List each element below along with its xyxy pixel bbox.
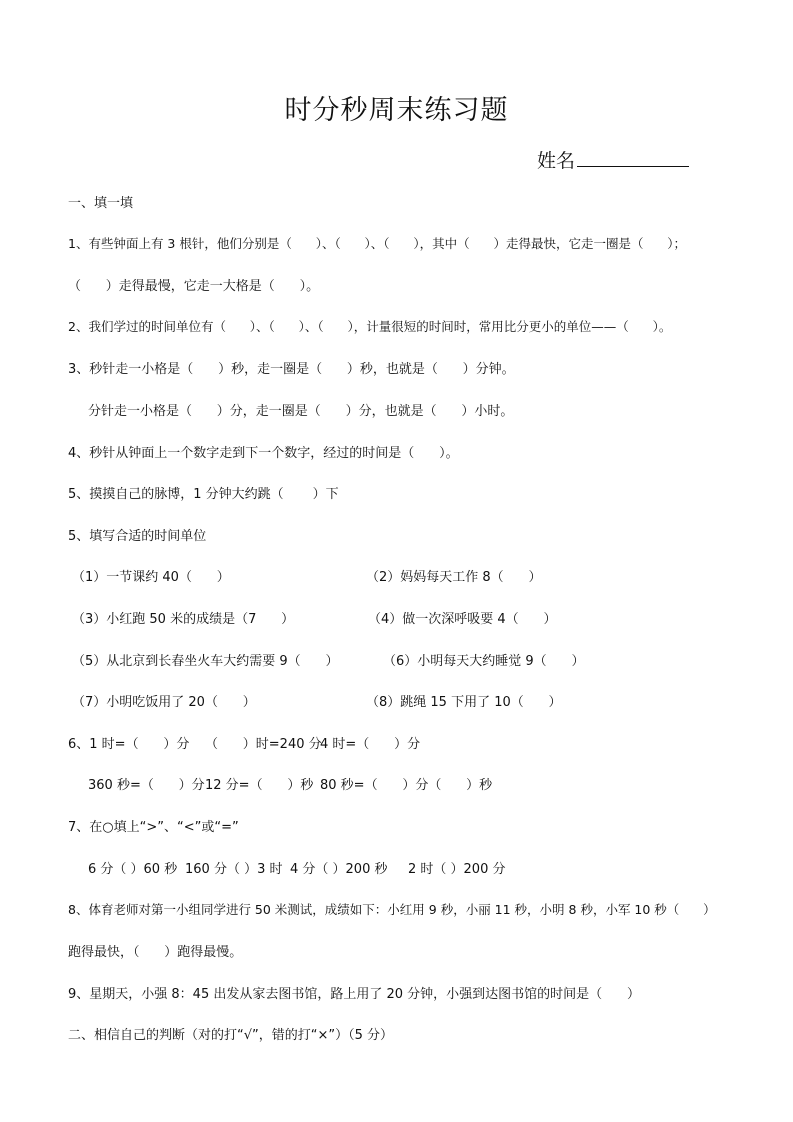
question-6-a3: 4 时=（ ）分 bbox=[320, 733, 420, 752]
question-3b: 分针走一小格是（ ）分，走一圈是（ ）分，也就是（ ）小时。 bbox=[88, 400, 513, 419]
unit-item-4: （4）做一次深呼吸要 4（ ） bbox=[368, 608, 556, 627]
unit-item-1: （1）一节课约 40（ ） bbox=[72, 566, 230, 585]
name-label: 姓名 bbox=[537, 150, 575, 172]
name-field[interactable]: 姓名 bbox=[537, 146, 689, 173]
unit-item-8: （8）跳绳 15 下用了 10（ ） bbox=[366, 691, 562, 710]
page-title: 时分秒周末练习题 bbox=[0, 88, 793, 127]
question-5b: 5、填写合适的时间单位 bbox=[68, 525, 206, 544]
section-2-heading: 二、相信自己的判断（对的打“√”，错的打“×”）（5 分） bbox=[68, 1024, 393, 1043]
question-1a: 1、有些钟面上有 3 根针，他们分别是（ ）、（ ）、（ ），其中（ ）走得最快… bbox=[68, 234, 686, 252]
unit-item-6: （6）小明每天大约睡觉 9（ ） bbox=[383, 650, 584, 669]
question-7: 7、在○填上“>”、“<”或“=” bbox=[68, 816, 239, 835]
question-6-b2: 12 分=（ ）秒 bbox=[205, 774, 313, 793]
section-1-heading: 一、填一填 bbox=[68, 192, 133, 211]
question-2: 2、我们学过的时间单位有（ ）、（ ）、（ ），计量很短的时间时，常用比分更小的… bbox=[68, 317, 671, 335]
question-6-b1: 360 秒=（ ）分 bbox=[88, 774, 205, 793]
question-5: 5、摸摸自己的脉博，1 分钟大约跳（ ）下 bbox=[68, 483, 339, 502]
question-6-a1: 6、1 时=（ ）分 bbox=[68, 733, 189, 752]
compare-item-4: 2 时（ ）200 分 bbox=[408, 858, 505, 877]
question-8b: 跑得最快，（ ）跑得最慢。 bbox=[68, 941, 242, 960]
question-6-a2: （ ）时=240 分 bbox=[205, 733, 322, 752]
question-4: 4、秒针从钟面上一个数字走到下一个数字，经过的时间是（ ）。 bbox=[68, 442, 459, 461]
compare-item-1: 6 分（ ）60 秒 bbox=[88, 858, 177, 877]
question-1b: （ ）走得最慢，它走一大格是（ ）。 bbox=[68, 275, 319, 294]
compare-item-3: 4 分（ ）200 秒 bbox=[290, 858, 387, 877]
unit-item-3: （3）小红跑 50 米的成绩是（7 ） bbox=[72, 608, 294, 627]
unit-item-5: （5）从北京到长春坐火车大约需要 9（ ） bbox=[72, 650, 338, 669]
question-9: 9、星期天，小强 8：45 出发从家去图书馆，路上用了 20 分钟，小强到达图书… bbox=[68, 983, 640, 1002]
question-6-b3: 80 秒=（ ）分（ ）秒 bbox=[320, 774, 492, 793]
question-3a: 3、秒针走一小格是（ ）秒，走一圈是（ ）秒，也就是（ ）分钟。 bbox=[68, 358, 515, 377]
question-8a: 8、体育老师对第一小组同学进行 50 米测试，成绩如下：小红用 9 秒，小丽 1… bbox=[68, 900, 716, 918]
name-blank[interactable] bbox=[577, 148, 689, 167]
compare-item-2: 160 分（ ）3 时 bbox=[185, 858, 282, 877]
unit-item-2: （2）妈妈每天工作 8（ ） bbox=[366, 566, 541, 585]
unit-item-7: （7）小明吃饭用了 20（ ） bbox=[72, 691, 256, 710]
